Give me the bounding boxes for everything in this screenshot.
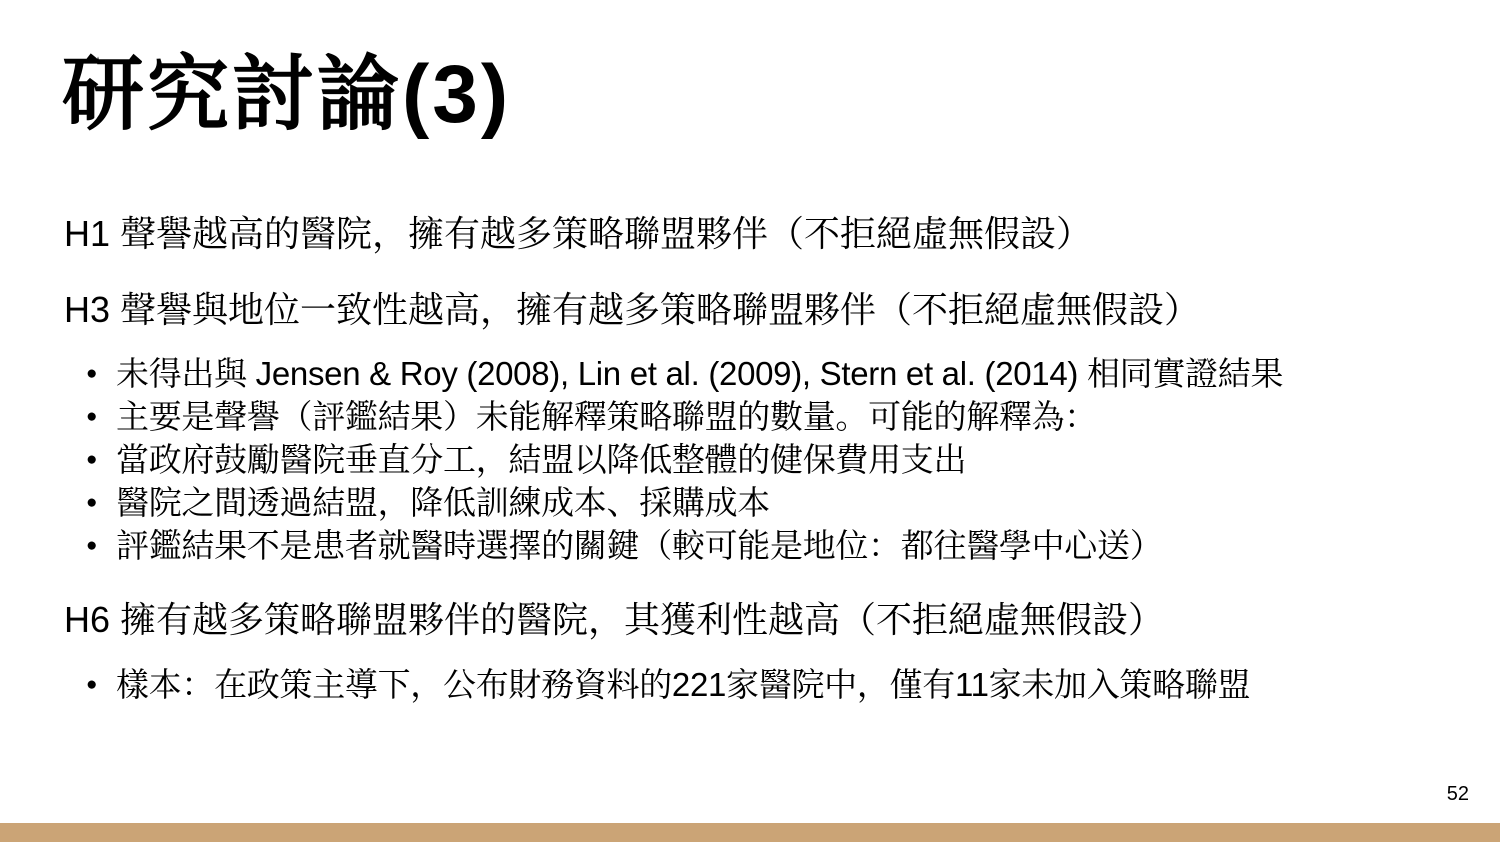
list-item-text: 當政府鼓勵醫院垂直分工，結盟以降低整體的健保費用支出 [116, 438, 1470, 481]
list-item: ● 評鑑結果不是患者就醫時選擇的關鍵（較可能是地位：都往醫學中心送） [64, 524, 1470, 567]
footer-accent-bar [0, 823, 1500, 842]
slide-canvas: 研究討論(3) H1 聲譽越高的醫院，擁有越多策略聯盟夥伴（不拒絕虛無假設） H… [0, 0, 1500, 844]
bullet-list-h6: ● 樣本：在政策主導下，公布財務資料的221家醫院中，僅有11家未加入策略聯盟 [64, 663, 1470, 706]
bullet-icon: ● [64, 663, 116, 706]
list-item-text: 醫院之間透過結盟，降低訓練成本、採購成本 [116, 481, 1470, 524]
bullet-icon: ● [64, 481, 116, 524]
bullet-icon: ● [64, 524, 116, 567]
statement-h6: H6 擁有越多策略聯盟夥伴的醫院，其獲利性越高（不拒絕虛無假設） [64, 598, 1470, 641]
list-item: ● 未得出與 Jensen & Roy (2008), Lin et al. (… [64, 352, 1470, 395]
list-item: ● 當政府鼓勵醫院垂直分工，結盟以降低整體的健保費用支出 [64, 438, 1470, 481]
page-number: 52 [1447, 784, 1469, 804]
bullet-icon: ● [64, 395, 116, 438]
list-item: ● 樣本：在政策主導下，公布財務資料的221家醫院中，僅有11家未加入策略聯盟 [64, 663, 1470, 706]
bullet-icon: ● [64, 438, 116, 481]
statement-h1: H1 聲譽越高的醫院，擁有越多策略聯盟夥伴（不拒絕虛無假設） [64, 212, 1470, 255]
list-item-text: 未得出與 Jensen & Roy (2008), Lin et al. (20… [116, 352, 1470, 395]
list-item: ● 醫院之間透過結盟，降低訓練成本、採購成本 [64, 481, 1470, 524]
list-item-text: 主要是聲譽（評鑑結果）未能解釋策略聯盟的數量。可能的解釋為： [116, 395, 1470, 438]
bullet-list-h3: ● 未得出與 Jensen & Roy (2008), Lin et al. (… [64, 352, 1470, 567]
bullet-icon: ● [64, 352, 116, 395]
list-item-text: 評鑑結果不是患者就醫時選擇的關鍵（較可能是地位：都往醫學中心送） [116, 524, 1470, 567]
statement-h3: H3 聲譽與地位一致性越高，擁有越多策略聯盟夥伴（不拒絕虛無假設） [64, 288, 1470, 331]
list-item-text: 樣本：在政策主導下，公布財務資料的221家醫院中，僅有11家未加入策略聯盟 [116, 663, 1470, 706]
slide-title: 研究討論(3) [62, 44, 511, 147]
list-item: ● 主要是聲譽（評鑑結果）未能解釋策略聯盟的數量。可能的解釋為： [64, 395, 1470, 438]
